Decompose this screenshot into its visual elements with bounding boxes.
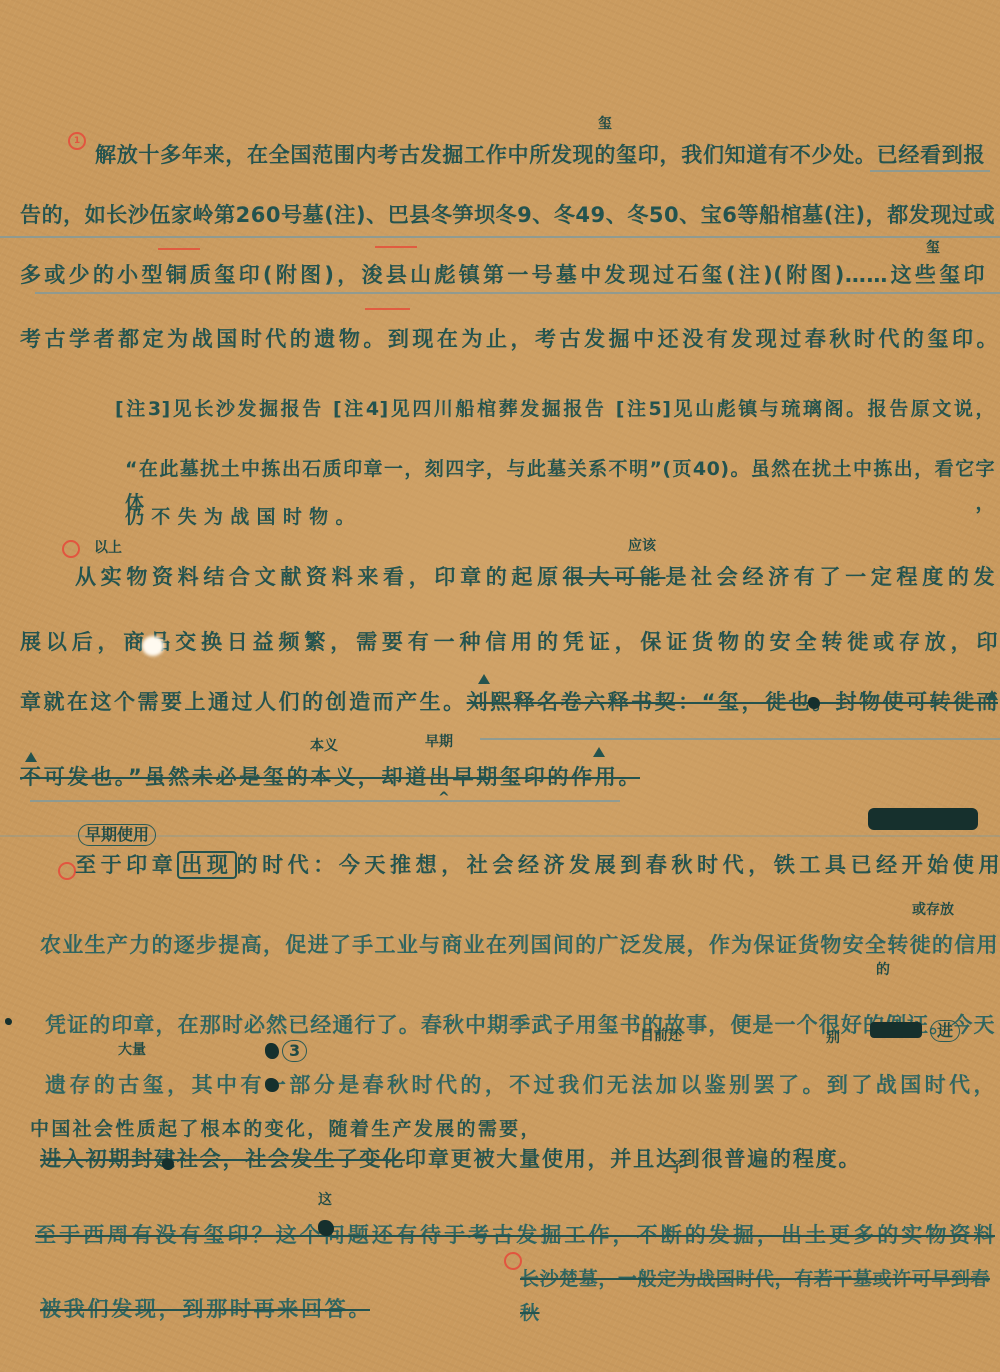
- text-segment: 从实物资料结合文献资料来看，印章的起原: [75, 565, 563, 589]
- text-line-2: 告的，如长沙伍家岭第260号墓(注)、巴县冬笋坝冬9、冬49、冬50、宝6等船棺…: [20, 198, 995, 232]
- red-underline: [365, 308, 410, 310]
- insertion-caret-icon: ^: [438, 790, 450, 806]
- pencil-underline: [30, 800, 620, 802]
- text-segment: 农业生产力的逐步提高，促进了手工业与商业在列国间的广泛发展，作为保证货物安全转徙…: [40, 933, 998, 957]
- text-line-18: 至于西周有没有玺印？这个问题还有待于考古发掘工作，不断的发掘，出土更多的实物资料: [35, 1218, 995, 1252]
- insertion-daliang: 大量: [118, 1042, 146, 1058]
- insertion-zhe: 这: [318, 1192, 332, 1208]
- text-line-3: 多或少的小型铜质玺印(附图)，浚县山彪镇第一号墓中发现过石玺(注)(附图)……这…: [20, 258, 985, 292]
- manuscript-page: 1 解放十多年来，在全国范围内考古发掘工作中所发现的玺印，我们知道有不少处。已经…: [0, 0, 1000, 1372]
- text-line-14: 凭证的印章，在那时必然已经通行了。春秋中期季武子用玺书的故事，便是一个很好的例证…: [45, 1008, 995, 1042]
- text-line-20: 被我们发现，到那时再来回答。: [40, 1292, 370, 1326]
- insertion-number: 3: [282, 1040, 307, 1062]
- ink-blot: [5, 1018, 12, 1025]
- stet-triangle-icon: [478, 674, 490, 684]
- ink-blot: [265, 1078, 279, 1092]
- insertion-bie: 别: [826, 1030, 840, 1046]
- text-segment: 展以后，商品交换日益频繁，需要有一种信用的凭证，保证货物的安全转徙或存放，印: [20, 630, 998, 654]
- paragraph-marker-3: [58, 862, 76, 880]
- insertion-caret-icon: ^: [100, 575, 112, 591]
- stet-triangle-icon: [593, 747, 605, 757]
- red-underline: [375, 246, 417, 248]
- text-line-19: 长沙楚墓，一般定为战国时代，有若干墓或许可早到春秋: [520, 1262, 990, 1296]
- pencil-underline: [480, 738, 1000, 740]
- struck-segment: 不可发也。”虽然未必是玺的本义，却道出早期玺印的作用。: [20, 765, 640, 789]
- insertion-huocunfang: 或存放: [912, 902, 954, 918]
- text-segment: 是社会经济有了一定程度的发: [665, 565, 995, 589]
- insertion-zaoqi-shiyong: 早期使用: [78, 824, 156, 846]
- struck-segment: 进入初期封建社会，社会发生了变化: [40, 1147, 405, 1171]
- insertion-xi: 玺: [598, 116, 612, 132]
- text-line-15: 遗存的古玺，其中有一部分是春秋时代的，不过我们无法加以鉴别罢了。到了战国时代，: [45, 1068, 995, 1102]
- paper-hole: [142, 636, 164, 656]
- insertion-de: 的: [876, 962, 890, 978]
- ink-scribble: [870, 1022, 922, 1038]
- text-line-12: 至于印章出现的时代：今天推想，社会经济发展到春秋时代，铁工具已经开始使用: [75, 848, 1000, 882]
- paragraph-marker-2: [62, 540, 80, 558]
- text-segment: 至于印章: [75, 853, 177, 877]
- text-segment: 中国社会性质起了根本的变化，随着生产发展的需要，: [30, 1118, 540, 1140]
- insertion-yinggai: 应该: [628, 538, 656, 554]
- text-line-10: 章就在这个需要上通过人们的创造而产生。刘熙释名卷六释书契：“玺，徙也。封物使可转…: [20, 685, 998, 719]
- struck-segment: 长沙楚墓，一般定为战国时代，有若干墓或许可早到春秋: [520, 1268, 990, 1324]
- text-line-4: 考古学者都定为战国时代的遗物。到现在为止，考古发掘中还没有发现过春秋时代的玺印。: [20, 322, 998, 356]
- insertion-muqianhai: 目前还: [640, 1028, 682, 1044]
- insertion-benyi: 本义: [310, 738, 338, 754]
- text-line-16: 中国社会性质起了根本的变化，随着生产发展的需要，: [30, 1112, 540, 1146]
- red-underline: [158, 248, 200, 250]
- text-segment: 印章更被大量使用，并且达到很普遍的程度。: [405, 1147, 860, 1171]
- text-segment: 解放十多年来，在全国范围内考古发掘工作中所发现的玺印，我们知道有不少处。已经看到…: [95, 143, 985, 167]
- text-segment: 告的，如长沙伍家岭第260号墓(注)、巴县冬笋坝冬9、冬49、冬50、宝6等船棺…: [20, 203, 995, 227]
- text-line-8: 从实物资料结合文献资料来看，印章的起原很大可能是社会经济有了一定程度的发: [75, 560, 995, 594]
- footnote-line-3: 仍不失为战国时物。: [125, 500, 355, 534]
- text-segment: 遗存的古玺，其中有一部分是春秋时代的，不过我们无法加以鉴别罢了。到了战国时代，: [45, 1073, 995, 1097]
- text-line-11: 不可发也。”虽然未必是玺的本义，却道出早期玺印的作用。: [20, 760, 640, 794]
- text-line-9: 展以后，商品交换日益频繁，需要有一种信用的凭证，保证货物的安全转徙或存放，印: [20, 625, 998, 659]
- insertion-jin: 进: [930, 1020, 960, 1042]
- ink-blot: [265, 1043, 279, 1059]
- insertion-zaoqi: 早期: [425, 734, 453, 750]
- struck-segment: 很大可能: [563, 565, 666, 589]
- stet-triangle-icon: [986, 690, 998, 700]
- ink-blot: [162, 1158, 174, 1170]
- boxed-segment: 出现: [177, 851, 236, 879]
- text-segment: 多或少的小型铜质玺印(附图)，浚县山彪镇第一号墓中发现过石玺(注)(附图)……这…: [20, 263, 985, 287]
- paragraph-marker-1: 1: [68, 132, 86, 150]
- struck-segment: 刘熙释名卷六释书契：“玺，徙也。封物使可转徙而: [467, 690, 998, 714]
- text-segment: 的时代：今天推想，社会经济发展到春秋时代，铁工具已经开始使用: [237, 853, 1000, 877]
- footnote-line-2: “在此墓扰土中拣出石质印章一，刻四字，与此墓关系不明”(页40)。虽然在扰土中拣…: [125, 452, 995, 486]
- text-line-13: 农业生产力的逐步提高，促进了手工业与商业在列国间的广泛发展，作为保证货物安全转徙…: [40, 928, 998, 962]
- insertion-le: 了: [670, 1160, 684, 1176]
- text-segment: 仍不失为战国时物。: [125, 506, 355, 528]
- pencil-underline: [0, 236, 1000, 238]
- struck-segment: 至于西周有没有玺印？这个问题还有待于考古发掘工作，不断的发掘，出土更多的实物资料: [35, 1223, 995, 1247]
- pencil-underline: [35, 292, 1000, 294]
- struck-segment: 被我们发现，到那时再来回答。: [40, 1297, 370, 1321]
- text-segment: 考古学者都定为战国时代的遗物。到现在为止，考古发掘中还没有发现过春秋时代的玺印。: [20, 327, 998, 351]
- stet-triangle-icon: [25, 752, 37, 762]
- text-segment: 章就在这个需要上通过人们的创造而产生。: [20, 690, 467, 714]
- insertion-xi: 玺: [926, 240, 940, 256]
- footnote-line-1: [注3]见长沙发掘报告 [注4]见四川船棺葬发掘报告 [注5]见山彪镇与琉璃阁。…: [115, 392, 995, 426]
- text-segment: 凭证的印章，在那时必然已经通行了。春秋中期季武子用玺书的故事，便是一个很好的例证…: [45, 1013, 995, 1037]
- ink-blot: [318, 1220, 334, 1236]
- text-segment: [注3]见长沙发掘报告 [注4]见四川船棺葬发掘报告 [注5]见山彪镇与琉璃阁。…: [115, 398, 995, 420]
- ink-scribble: [868, 808, 978, 830]
- ink-blot: [808, 697, 820, 709]
- text-line-1: 解放十多年来，在全国范围内考古发掘工作中所发现的玺印，我们知道有不少处。已经看到…: [95, 138, 985, 172]
- insertion-yishang: 以上: [94, 540, 122, 556]
